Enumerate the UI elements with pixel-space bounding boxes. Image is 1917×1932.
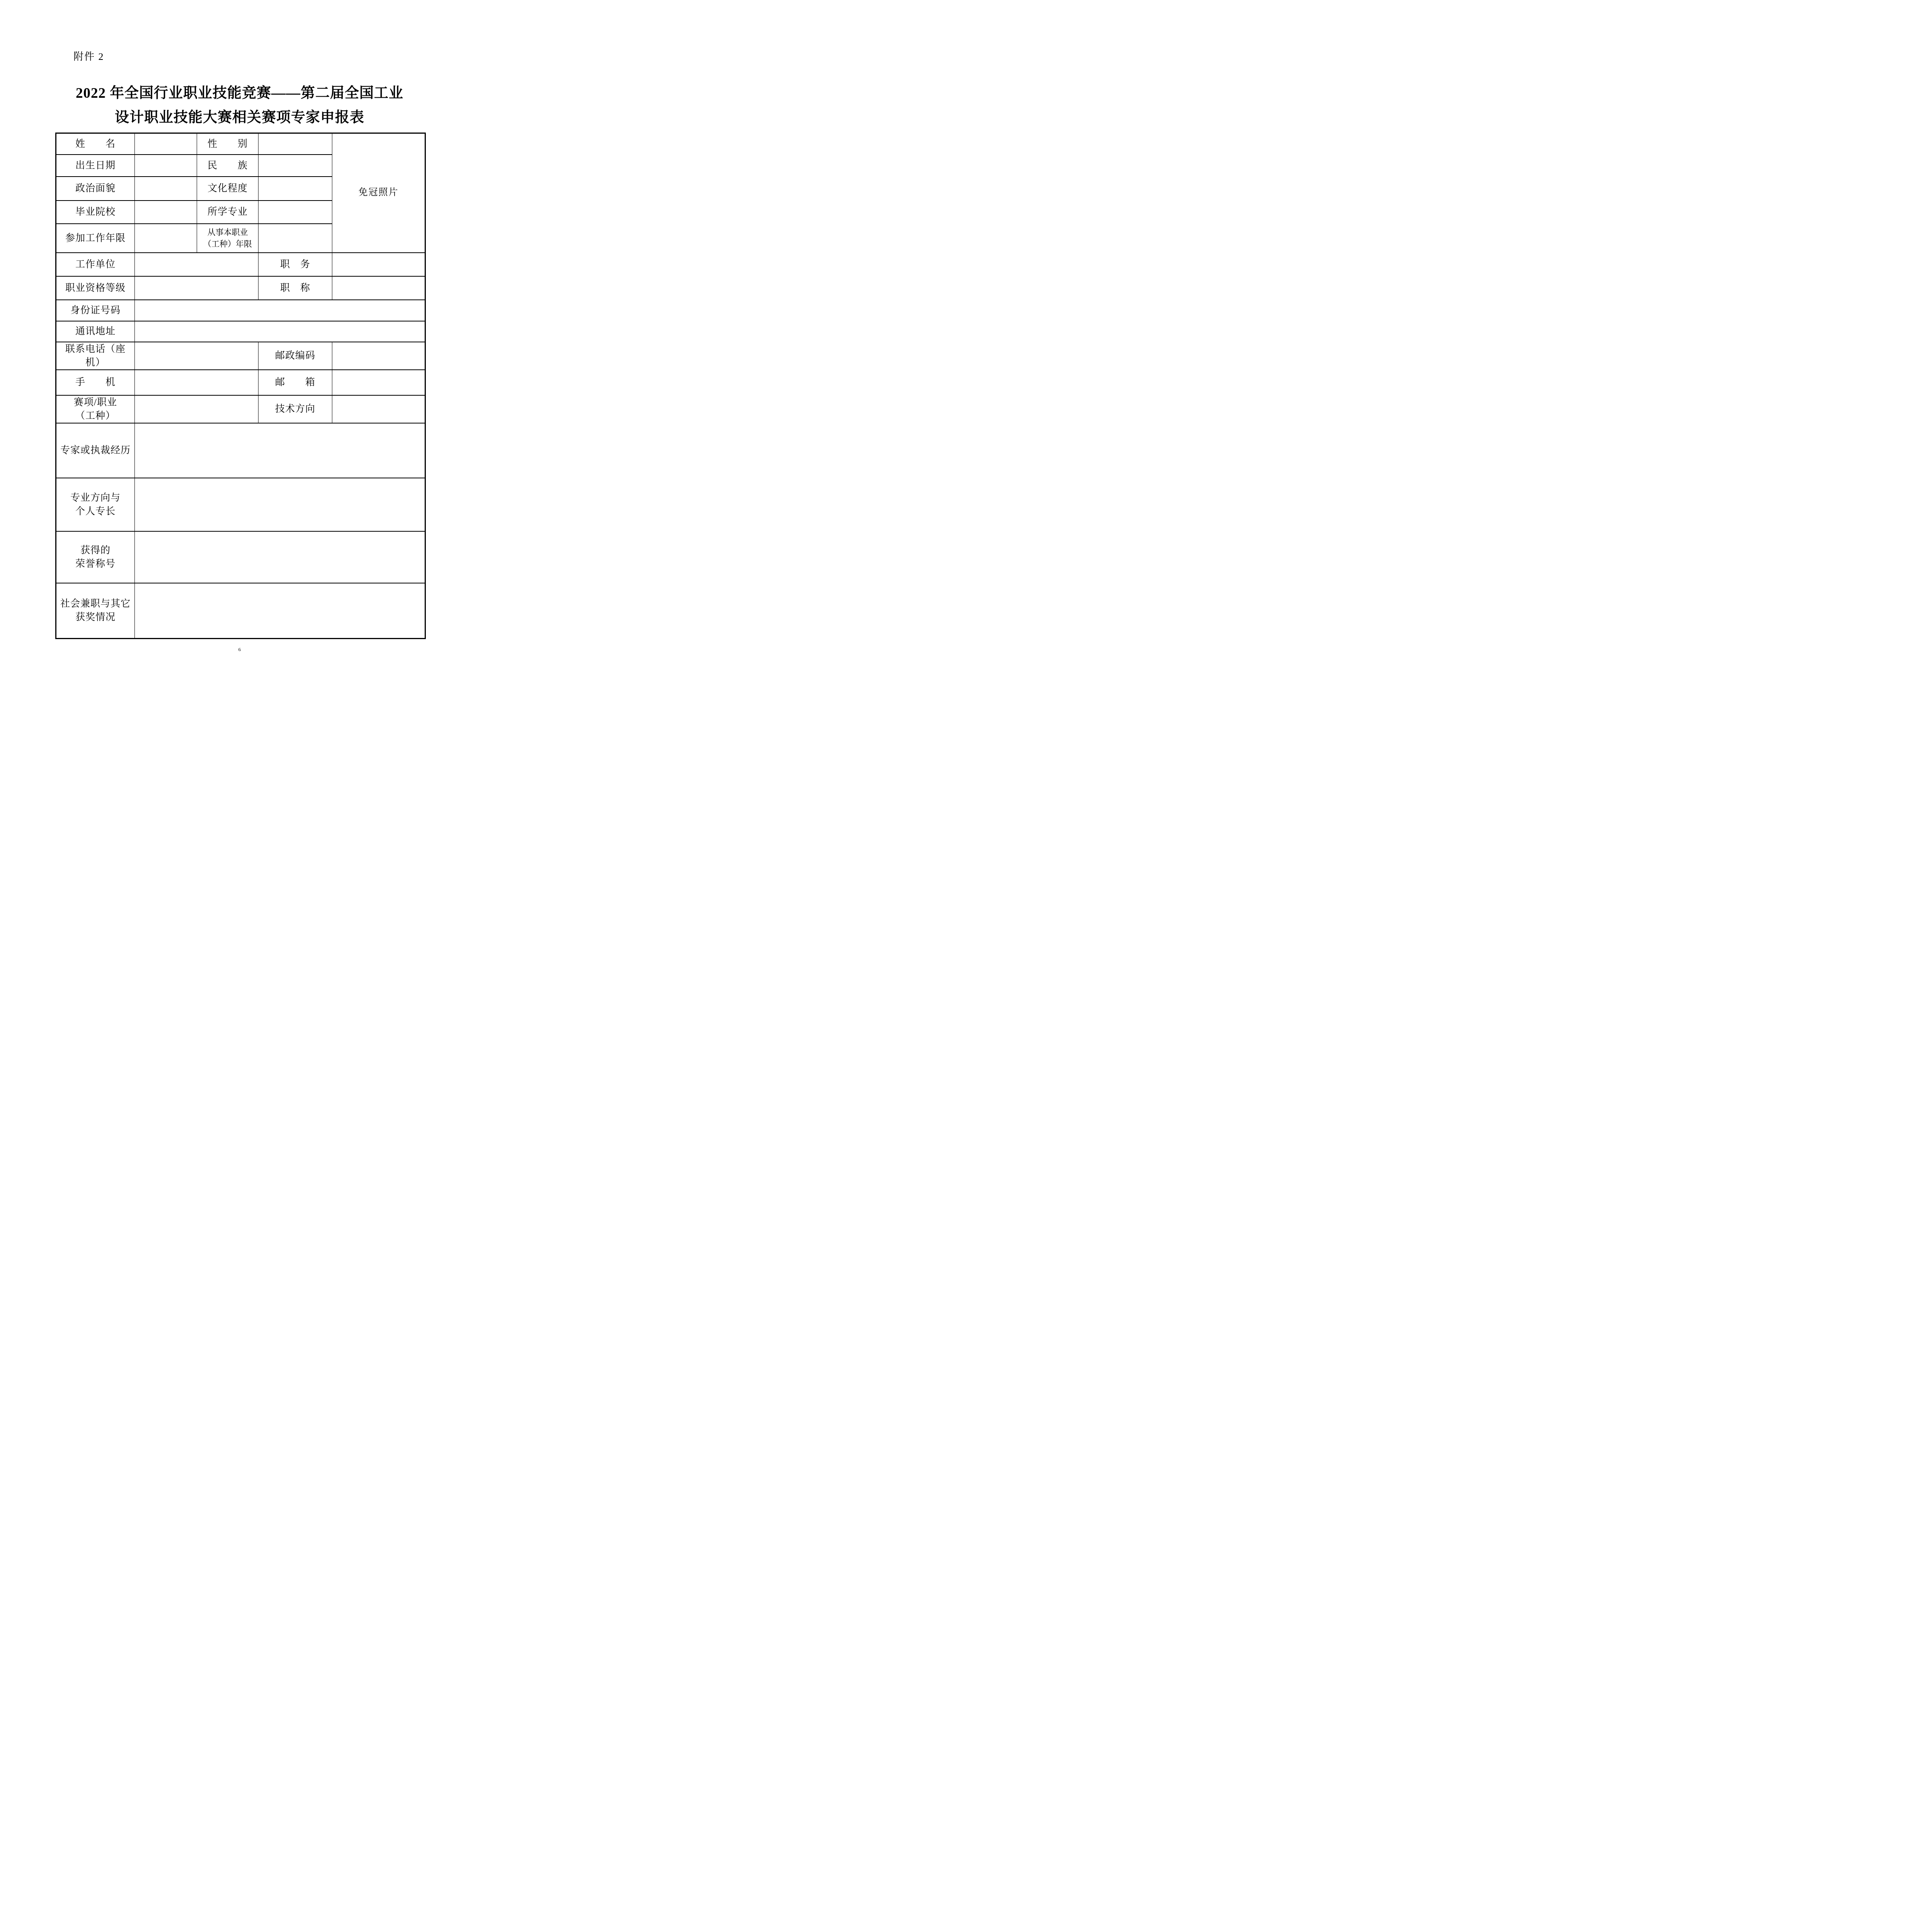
field-label-gender: 性 别 bbox=[197, 133, 259, 155]
social-part-time-line-1: 社会兼职与其它 bbox=[58, 597, 133, 611]
row-honors: 获得的 荣誉称号 bbox=[56, 531, 425, 583]
field-value-education-level bbox=[259, 177, 332, 201]
field-label-name: 姓 名 bbox=[56, 133, 135, 155]
field-value-gender bbox=[259, 133, 332, 155]
row-social-part-time: 社会兼职与其它 获奖情况 bbox=[56, 583, 425, 639]
field-value-name bbox=[135, 133, 197, 155]
field-value-work-years bbox=[135, 224, 197, 253]
field-value-specialty bbox=[135, 478, 425, 531]
document-page: 附件 2 2022 年全国行业职业技能竞赛——第二届全国工业 设计职业技能大赛相… bbox=[0, 0, 479, 678]
field-value-graduate-school bbox=[135, 201, 197, 224]
row-mobile-email: 手 机 邮 箱 bbox=[56, 370, 425, 395]
application-form-table: 姓 名 性 别 免冠照片 出生日期 民 族 政治面貌 文化程度 毕业院校 bbox=[55, 133, 426, 639]
field-value-technical-direction bbox=[332, 395, 425, 423]
row-name-gender: 姓 名 性 别 免冠照片 bbox=[56, 133, 425, 155]
row-landline-postal: 联系电话（座机） 邮政编码 bbox=[56, 342, 425, 370]
field-value-email bbox=[332, 370, 425, 395]
field-value-professional-title bbox=[332, 276, 425, 300]
field-value-id-number bbox=[135, 300, 425, 321]
field-label-mailing-address: 通讯地址 bbox=[56, 321, 135, 342]
event-occupation-line-1: 赛项/职业 bbox=[58, 396, 133, 409]
attachment-label: 附件 2 bbox=[73, 51, 104, 63]
field-label-event-occupation: 赛项/职业 （工种） bbox=[56, 395, 135, 423]
title-line-2: 设计职业技能大赛相关赛项专家申报表 bbox=[0, 105, 479, 130]
field-value-occupation-years bbox=[259, 224, 332, 253]
row-mailing-address: 通讯地址 bbox=[56, 321, 425, 342]
field-value-postal-code bbox=[332, 342, 425, 370]
field-value-mailing-address bbox=[135, 321, 425, 342]
field-label-position: 职 务 bbox=[259, 253, 332, 276]
field-label-birth-date: 出生日期 bbox=[56, 155, 135, 177]
field-value-birth-date bbox=[135, 155, 197, 177]
field-label-honors: 获得的 荣誉称号 bbox=[56, 531, 135, 583]
specialty-line-2: 个人专长 bbox=[58, 505, 133, 518]
field-label-qualification-level: 职业资格等级 bbox=[56, 276, 135, 300]
field-label-work-years: 参加工作年限 bbox=[56, 224, 135, 253]
row-event-technical: 赛项/职业 （工种） 技术方向 bbox=[56, 395, 425, 423]
row-qualification-title: 职业资格等级 职 称 bbox=[56, 276, 425, 300]
field-value-qualification-level bbox=[135, 276, 259, 300]
occupation-years-line-2: （工种）年限 bbox=[199, 238, 257, 250]
specialty-line-1: 专业方向与 bbox=[58, 491, 133, 505]
event-occupation-line-2: （工种） bbox=[58, 409, 133, 423]
occupation-years-line-1: 从事本职业 bbox=[199, 226, 257, 238]
field-label-major: 所学专业 bbox=[197, 201, 259, 224]
field-value-event-occupation bbox=[135, 395, 259, 423]
row-specialty: 专业方向与 个人专长 bbox=[56, 478, 425, 531]
field-label-professional-title: 职 称 bbox=[259, 276, 332, 300]
field-label-id-number: 身份证号码 bbox=[56, 300, 135, 321]
field-value-mobile bbox=[135, 370, 259, 395]
document-title: 2022 年全国行业职业技能竞赛——第二届全国工业 设计职业技能大赛相关赛项专家… bbox=[0, 81, 479, 130]
field-label-mobile: 手 机 bbox=[56, 370, 135, 395]
field-value-major bbox=[259, 201, 332, 224]
honors-line-1: 获得的 bbox=[58, 544, 133, 557]
field-label-postal-code: 邮政编码 bbox=[259, 342, 332, 370]
field-value-honors bbox=[135, 531, 425, 583]
row-workunit-position: 工作单位 职 务 bbox=[56, 253, 425, 276]
field-label-graduate-school: 毕业院校 bbox=[56, 201, 135, 224]
field-label-technical-direction: 技术方向 bbox=[259, 395, 332, 423]
field-label-email: 邮 箱 bbox=[259, 370, 332, 395]
row-id-number: 身份证号码 bbox=[56, 300, 425, 321]
field-label-education-level: 文化程度 bbox=[197, 177, 259, 201]
honors-line-2: 荣誉称号 bbox=[58, 557, 133, 571]
field-label-expert-experience: 专家或执裁经历 bbox=[56, 423, 135, 478]
field-label-work-unit: 工作单位 bbox=[56, 253, 135, 276]
field-value-social-part-time bbox=[135, 583, 425, 639]
field-value-ethnicity bbox=[259, 155, 332, 177]
title-line-1: 2022 年全国行业职业技能竞赛——第二届全国工业 bbox=[0, 81, 479, 105]
field-value-work-unit bbox=[135, 253, 259, 276]
photo-placeholder-cell: 免冠照片 bbox=[332, 133, 425, 253]
row-expert-experience: 专家或执裁经历 bbox=[56, 423, 425, 478]
field-value-expert-experience bbox=[135, 423, 425, 478]
field-label-specialty: 专业方向与 个人专长 bbox=[56, 478, 135, 531]
field-value-landline bbox=[135, 342, 259, 370]
social-part-time-line-2: 获奖情况 bbox=[58, 611, 133, 624]
field-value-political-status bbox=[135, 177, 197, 201]
field-label-landline: 联系电话（座机） bbox=[56, 342, 135, 370]
field-label-ethnicity: 民 族 bbox=[197, 155, 259, 177]
page-number: 6 bbox=[0, 646, 479, 653]
field-label-political-status: 政治面貌 bbox=[56, 177, 135, 201]
field-label-occupation-years: 从事本职业 （工种）年限 bbox=[197, 224, 259, 253]
field-label-social-part-time: 社会兼职与其它 获奖情况 bbox=[56, 583, 135, 639]
field-value-position bbox=[332, 253, 425, 276]
